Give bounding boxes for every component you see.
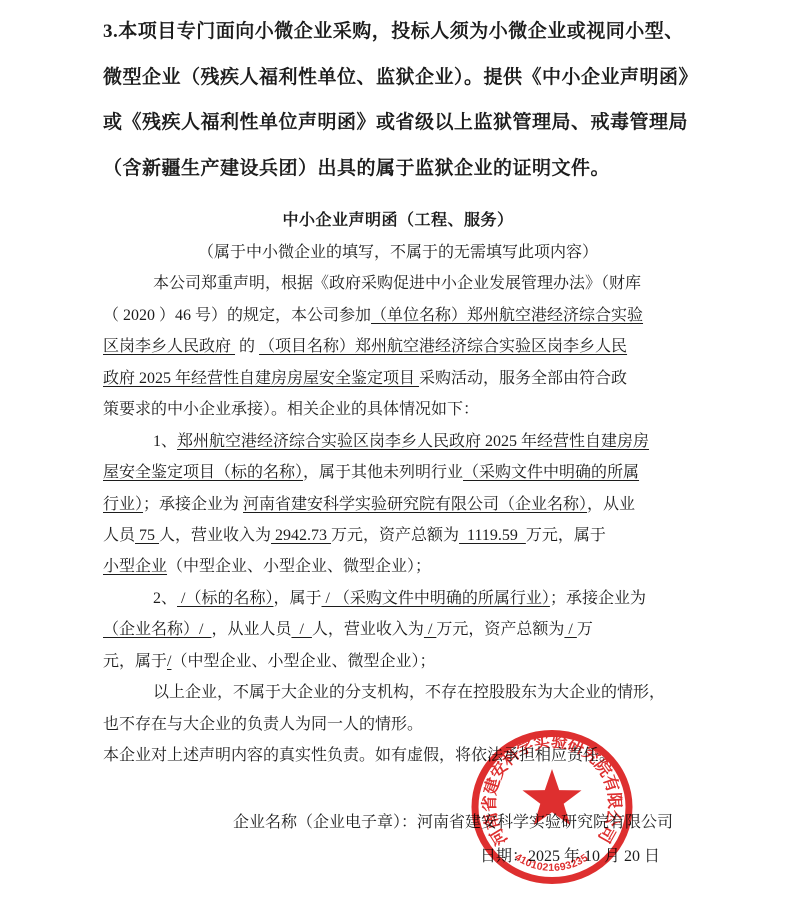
filled-field: /（标的名称） <box>177 590 273 607</box>
text-run: ，从业人员 <box>211 621 291 638</box>
paragraph-not-large-enterprise: 以上企业，不属于大企业的分支机构，不存在控股股东为大企业的情形，也不存在与大企业… <box>103 677 693 740</box>
doc-title: 中小企业声明函（工程、服务） <box>103 205 693 237</box>
filled-field: （采购文件中明确的所属 <box>463 464 639 481</box>
text-run: 以上企业，不属于大企业的分支机构，不存在控股股东为大企业的情形， <box>153 684 665 701</box>
document-content: 3.本项目专门面向小微企业采购，投标人须为小微企业或视同小型、 微型企业（残疾人… <box>0 0 789 873</box>
text-line: 政府 2025 年经营性自建房房屋安全鉴定项目 采购活动，服务全部由符合政 <box>103 363 693 394</box>
filled-field: 郑州航空港经济综合实验区岗李乡人民政府 2025 年经营性自建房房 <box>177 433 649 450</box>
text-run: 的 <box>235 338 259 355</box>
filled-field: 行业） <box>103 496 143 513</box>
filled-field: （项目名称）郑州航空港经济综合实验区岗李乡人民 <box>259 338 627 355</box>
text-run: 策要求的中小企业承接）。相关企业的具体情况如下： <box>103 401 479 418</box>
text-line: 2、 /（标的名称），属于 / （采购文件中明确的所属行业）；承接企业为 <box>103 583 693 614</box>
text-line: 人员 75 人，营业收入为 2942.73 万元，资产总额为 1119.59 万… <box>103 520 693 551</box>
paragraph-item1: 1、郑州航空港经济综合实验区岗李乡人民政府 2025 年经营性自建房房屋安全鉴定… <box>103 426 693 583</box>
text-run: 万元，属于 <box>526 527 606 544</box>
text-run: 人，营业收入为 <box>312 621 424 638</box>
text-run: 万元，资产总额为 <box>331 527 459 544</box>
text-run: 本公司郑重声明，根据《政府采购促进中小企业发展管理办法》（财库 <box>153 275 641 292</box>
text-line: 区岗李乡人民政府 的 （项目名称）郑州航空港经济综合实验区岗李乡人民 <box>103 331 693 362</box>
text-run: 万元，资产总额为 <box>436 621 564 638</box>
paragraph-intro: 本公司郑重声明，根据《政府采购促进中小企业发展管理办法》（财库（ 2020 ）4… <box>103 268 693 425</box>
text-run: 元，属于 <box>103 653 167 670</box>
text-line: 屋安全鉴定项目（标的名称），属于其他未列明行业（采购文件中明确的所属 <box>103 457 693 488</box>
text-line: （ 2020 ）46 号）的规定，本公司参加（单位名称）郑州航空港经济综合实验 <box>103 300 693 331</box>
text-run: （中型企业、小型企业、微型企业）； <box>171 653 435 670</box>
text-line: 1、郑州航空港经济综合实验区岗李乡人民政府 2025 年经营性自建房房 <box>103 426 693 457</box>
text-line: 本公司郑重声明，根据《政府采购促进中小企业发展管理办法》（财库 <box>103 268 693 299</box>
text-line: 本企业对上述声明内容的真实性负责。如有虚假，将依法承担相应责任。 <box>103 740 693 771</box>
text-run: （中型企业、小型企业、微型企业）； <box>167 558 431 575</box>
text-run: ，从业 <box>587 496 635 513</box>
text-run: （ 2020 ）46 号）的规定，本公司参加 <box>103 307 371 324</box>
text-line: （企业名称）/ ，从业人员 / 人，营业收入为 / 万元，资产总额为 / 万 <box>103 614 693 645</box>
header-notice: 3.本项目专门面向小微企业采购，投标人须为小微企业或视同小型、 微型企业（残疾人… <box>103 9 693 191</box>
notice-line: 或《残疾人福利性单位声明函》或省级以上监狱管理局、戒毒管理局 <box>103 100 693 146</box>
text-line: 策要求的中小企业承接）。相关企业的具体情况如下： <box>103 394 693 425</box>
filled-field: / <box>291 621 311 638</box>
filled-field: （企业名称）/ <box>103 621 211 638</box>
filled-field: / <box>424 621 436 638</box>
text-run: 采购活动，服务全部由符合政 <box>419 370 627 387</box>
filled-field: 河南省建安科学实验研究院有限公司（企业名称） <box>243 496 587 513</box>
text-line: 也不存在与大企业的负责人为同一人的情形。 <box>103 709 693 740</box>
paragraph-responsibility: 本企业对上述声明内容的真实性负责。如有虚假，将依法承担相应责任。 <box>103 740 693 771</box>
text-run: ；承接企业为 <box>550 590 646 607</box>
text-run: 也不存在与大企业的负责人为同一人的情形。 <box>103 716 423 733</box>
paragraph-item2: 2、 /（标的名称），属于 / （采购文件中明确的所属行业）；承接企业为（企业名… <box>103 583 693 677</box>
filled-field: / （采购文件中明确的所属行业） <box>321 590 549 607</box>
text-run: 人，营业收入为 <box>159 527 271 544</box>
filled-field: / <box>564 621 576 638</box>
text-run: ，属于 <box>273 590 321 607</box>
filled-field: 小型企业 <box>103 558 167 575</box>
notice-line: 3.本项目专门面向小微企业采购，投标人须为小微企业或视同小型、 <box>103 9 693 55</box>
document-page: 3.本项目专门面向小微企业采购，投标人须为小微企业或视同小型、 微型企业（残疾人… <box>0 0 789 923</box>
filled-field: 2942.73 <box>271 527 331 544</box>
text-run: 万 <box>577 621 593 638</box>
text-run: ，属于其他未列明行业 <box>303 464 463 481</box>
filled-field: 屋安全鉴定项目（标的名称） <box>103 464 303 481</box>
declaration-body: 本公司郑重声明，根据《政府采购促进中小企业发展管理办法》（财库（ 2020 ）4… <box>103 268 693 771</box>
notice-line: 微型企业（残疾人福利性单位、监狱企业）。提供《中小企业声明函》 <box>103 55 693 101</box>
text-run: 2、 <box>153 590 177 607</box>
text-run: ；承接企业为 <box>143 496 243 513</box>
notice-line: （含新疆生产建设兵团）出具的属于监狱企业的证明文件。 <box>103 146 693 192</box>
filled-field: 75 <box>135 527 159 544</box>
filled-field: 区岗李乡人民政府 <box>103 338 235 355</box>
text-line: 小型企业（中型企业、小型企业、微型企业）； <box>103 551 693 582</box>
text-run: 1、 <box>153 433 177 450</box>
text-run: 本企业对上述声明内容的真实性负责。如有虚假，将依法承担相应责任。 <box>103 747 615 764</box>
signature-company-line: 企业名称（企业电子章）：河南省建安科学实验研究院有限公司 <box>103 807 693 839</box>
doc-subtitle: （属于中小微企业的填写，不属于的无需填写此项内容） <box>103 237 693 268</box>
text-run: 人员 <box>103 527 135 544</box>
text-line: 以上企业，不属于大企业的分支机构，不存在控股股东为大企业的情形， <box>103 677 693 708</box>
text-line: 行业）；承接企业为 河南省建安科学实验研究院有限公司（企业名称），从业 <box>103 489 693 520</box>
text-line: 元，属于/（中型企业、小型企业、微型企业）； <box>103 646 693 677</box>
signature-date-line: 日期：2025 年 10 月 20 日 <box>103 841 693 873</box>
filled-field: 政府 2025 年经营性自建房房屋安全鉴定项目 <box>103 370 419 387</box>
filled-field: 1119.59 <box>459 527 526 544</box>
filled-field: （单位名称）郑州航空港经济综合实验 <box>371 307 643 324</box>
